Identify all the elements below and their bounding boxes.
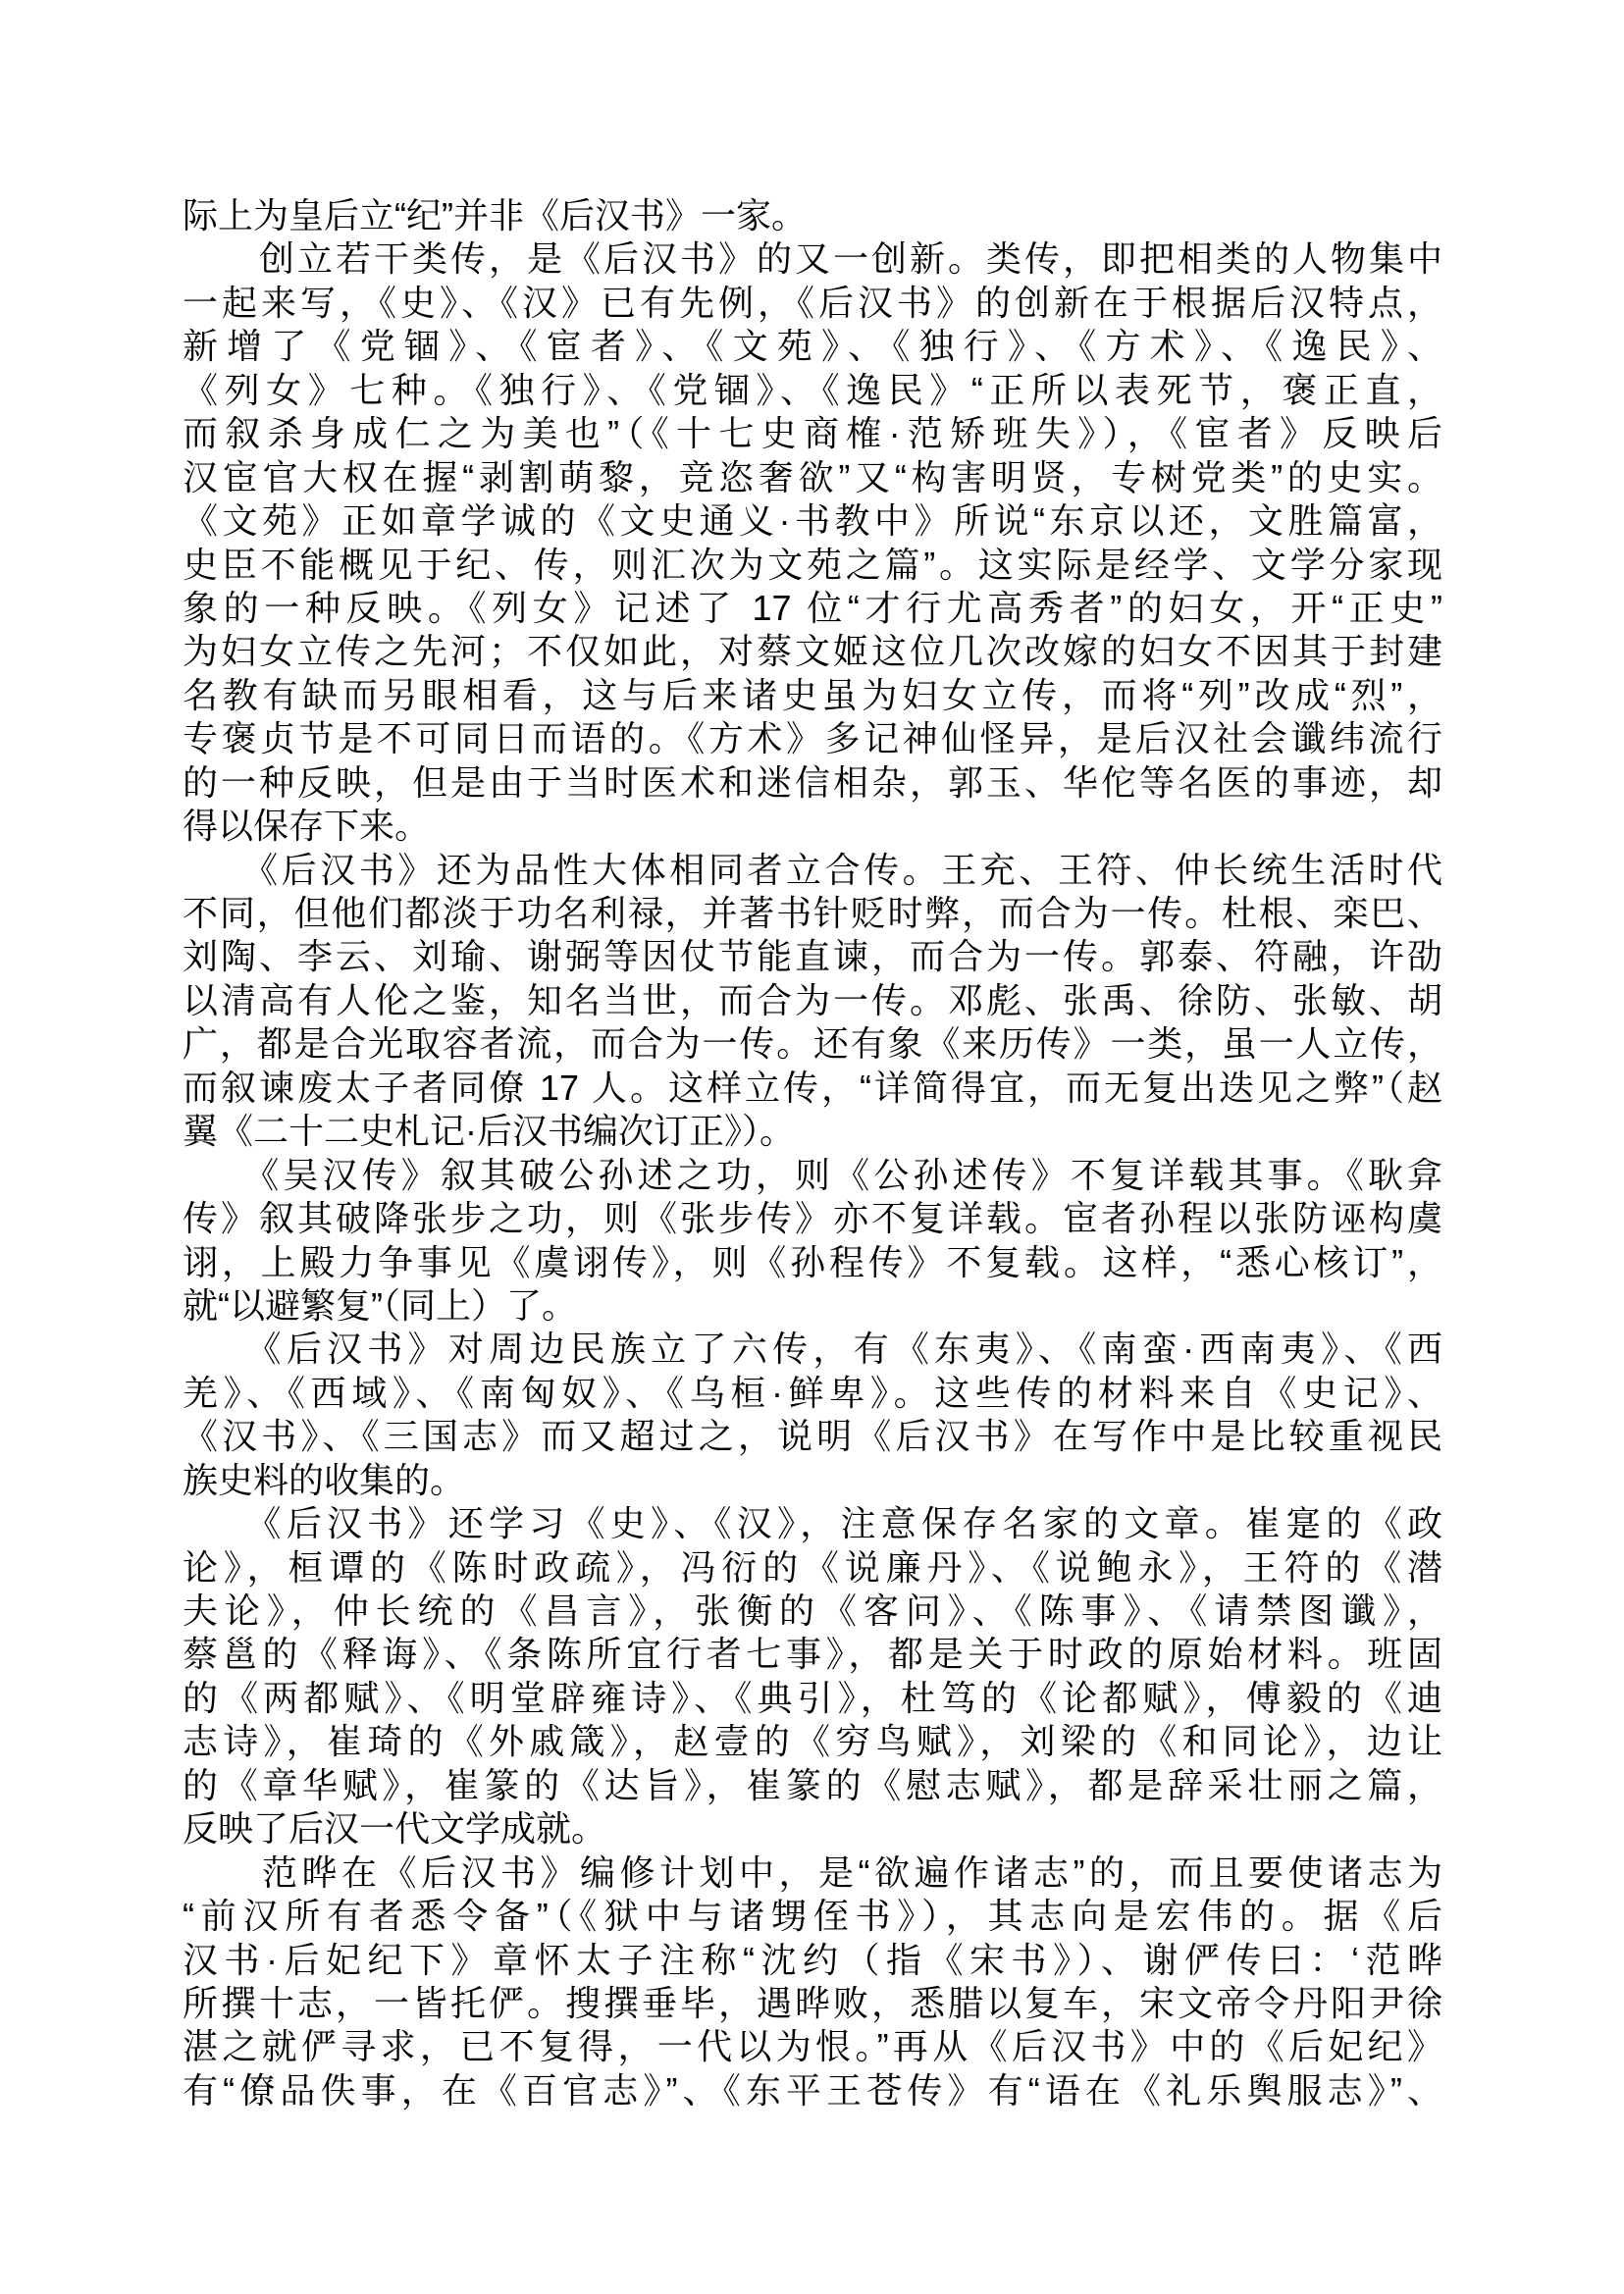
text-line: 羌》、《西域》、《南匈奴》、《乌桓·鲜卑》。这些传的材料来自《史记》、 <box>183 1372 1442 1415</box>
text-line: 志诗》，崔琦的《外戚箴》，赵壹的《穷鸟赋》，刘梁的《和同论》，边让 <box>183 1720 1442 1763</box>
text-line: 论》，桓谭的《陈时政疏》，冯衍的《说廉丹》、《说鲍永》，王符的《潜 <box>183 1546 1442 1590</box>
text-line: 翼《二十二史札记·后汉书编次订正》）。 <box>183 1110 1442 1153</box>
text-line: 诩，上殿力争事见《虞诩传》，则《孙程传》不复载。这样，“悉心核订”， <box>183 1241 1442 1284</box>
text-line: 专褒贞节是不可同日而语的。《方术》多记神仙怪异，是后汉社会谶纬流行 <box>183 717 1442 760</box>
text-line: 不同，但他们都淡于功名利禄，并著书针贬时弊，而合为一传。杜根、栾巴、 <box>183 892 1442 935</box>
text-line: 所撰十志，一皆托俨。搜撰垂毕，遇晔败，悉腊以复车，宋文帝令丹阳尹徐 <box>183 1982 1442 2025</box>
text-line: 创立若干类传，是《后汉书》的又一创新。类传，即把相类的人物集中 <box>183 237 1442 281</box>
text-line: 为妇女立传之先河；不仅如此，对蔡文姬这位几次改嫁的妇女不因其于封建 <box>183 630 1442 673</box>
text-line: 而叙谏废太子者同僚 17 人。这样立传，“详简得宜，而无复出迭见之弊”（赵 <box>183 1067 1442 1110</box>
text-line: 汉书·后妃纪下》章怀太子注称“沈约（指《宋书》）、谢俨传曰：‘范晔 <box>183 1939 1442 1982</box>
text-line: 夫论》，仲长统的《昌言》，张衡的《客问》、《陈事》、《请禁图谶》， <box>183 1590 1442 1633</box>
text-line: 族史料的收集的。 <box>183 1459 1442 1502</box>
paragraph: 《后汉书》对周边民族立了六传，有《东夷》、《南蛮·西南夷》、《西羌》、《西域》、… <box>183 1328 1442 1502</box>
document-page: 际上为皇后立“纪”并非《后汉书》一家。 创立若干类传，是《后汉书》的又一创新。类… <box>0 0 1624 2294</box>
text-line: 范晔在《后汉书》编修计划中，是“欲遍作诸志”的，而且要使诸志为 <box>183 1851 1442 1895</box>
paragraph: 《后汉书》还学习《史》、《汉》，注意保存名家的文章。崔寔的《政论》，桓谭的《陈时… <box>183 1502 1442 1851</box>
text-line: 《列女》七种。《独行》、《党锢》、《逸民》“正所以表死节，褒正直， <box>183 369 1442 412</box>
text-line: 汉宦官大权在握“剥割萌黎，竞恣奢欲”又“构害明贤，专树党类”的史实。 <box>183 456 1442 499</box>
text-line: 《文苑》正如章学诚的《文史通义·书教中》所说“东京以还，文胜篇富， <box>183 499 1442 543</box>
text-line: 《吴汉传》叙其破公孙述之功，则《公孙述传》不复详载其事。《耿弇 <box>183 1154 1442 1197</box>
text-block: 际上为皇后立“纪”并非《后汉书》一家。 创立若干类传，是《后汉书》的又一创新。类… <box>183 194 1442 2112</box>
text-line: 的《章华赋》，崔篆的《达旨》，崔篆的《慰志赋》，都是辞采壮丽之篇， <box>183 1764 1442 1807</box>
text-line: 广，都是合光取容者流，而合为一传。还有象《来历传》一类，虽一人立传， <box>183 1022 1442 1066</box>
text-line: 就“以避繁复”（同上）了。 <box>183 1284 1442 1328</box>
text-line: 传》叙其破降张步之功，则《张步传》亦不复详载。宦者孙程以张防诬构虞 <box>183 1197 1442 1240</box>
text-line: “前汉所有者悉令备”（《狱中与诸甥侄书》），其志向是宏伟的。据《后 <box>183 1895 1442 1938</box>
text-line: 反映了后汉一代文学成就。 <box>183 1807 1442 1851</box>
text-line: 蔡邕的《释诲》、《条陈所宜行者七事》，都是关于时政的原始材料。班固 <box>183 1633 1442 1676</box>
text-line: 名教有缺而另眼相看，这与后来诸史虽为妇女立传，而将“列”改成“烈”， <box>183 674 1442 717</box>
text-line: 际上为皇后立“纪”并非《后汉书》一家。 <box>183 194 1442 237</box>
text-line: 的一种反映，但是由于当时医术和迷信相杂，郭玉、华佗等名医的事迹，却 <box>183 761 1442 805</box>
text-line: 有“僚品佚事，在《百官志》”、《东平王苍传》有“语在《礼乐舆服志》”、 <box>183 2069 1442 2112</box>
paragraph: 创立若干类传，是《后汉书》的又一创新。类传，即把相类的人物集中一起来写，《史》、… <box>183 237 1442 848</box>
text-line: 的《两都赋》、《明堂辟雍诗》、《典引》，杜笃的《论都赋》，傅毅的《迪 <box>183 1677 1442 1720</box>
text-line: 《后汉书》对周边民族立了六传，有《东夷》、《南蛮·西南夷》、《西 <box>183 1328 1442 1371</box>
text-line: 象的一种反映。《列女》记述了 17 位“才行尤高秀者”的妇女，开“正史” <box>183 587 1442 630</box>
text-line: 《后汉书》还为品性大体相同者立合传。王充、王符、仲长统生活时代 <box>183 849 1442 892</box>
paragraph: 际上为皇后立“纪”并非《后汉书》一家。 <box>183 194 1442 237</box>
text-line: 以清高有人伦之鉴，知名当世，而合为一传。邓彪、张禹、徐防、张敏、胡 <box>183 979 1442 1022</box>
text-line: 史臣不能概见于纪、传，则汇次为文苑之篇”。这实际是经学、文学分家现 <box>183 544 1442 587</box>
text-line: 《后汉书》还学习《史》、《汉》，注意保存名家的文章。崔寔的《政 <box>183 1502 1442 1545</box>
text-line: 得以保存下来。 <box>183 805 1442 848</box>
paragraph: 范晔在《后汉书》编修计划中，是“欲遍作诸志”的，而且要使诸志为“前汉所有者悉令备… <box>183 1851 1442 2113</box>
text-line: 湛之就俨寻求，已不复得，一代以为恨。”再从《后汉书》中的《后妃纪》 <box>183 2025 1442 2068</box>
paragraph: 《吴汉传》叙其破公孙述之功，则《公孙述传》不复详载其事。《耿弇传》叙其破降张步之… <box>183 1154 1442 1329</box>
paragraph: 《后汉书》还为品性大体相同者立合传。王充、王符、仲长统生活时代不同，但他们都淡于… <box>183 849 1442 1154</box>
text-line: 而叙杀身成仁之为美也”（《十七史商榷·范矫班失》），《宦者》反映后 <box>183 412 1442 455</box>
text-line: 《汉书》、《三国志》而又超过之，说明《后汉书》在写作中是比较重视民 <box>183 1415 1442 1458</box>
text-line: 一起来写，《史》、《汉》已有先例，《后汉书》的创新在于根据后汉特点， <box>183 282 1442 325</box>
text-line: 刘陶、李云、刘瑜、谢弼等因仗节能直谏，而合为一传。郭泰、符融，许劭 <box>183 935 1442 978</box>
text-line: 新增了《党锢》、《宦者》、《文苑》、《独行》、《方术》、《逸民》、 <box>183 325 1442 368</box>
